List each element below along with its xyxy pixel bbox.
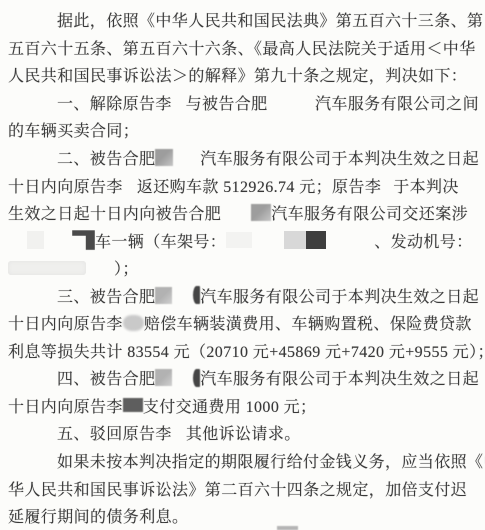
judgment-text: 如果未按本判决指定的期限履行给付金钱义务，应当依照《中 [57,449,485,472]
judgment-text: 汽车服务有限公司于本判决生效之日起 [200,366,479,389]
redaction-gray-box [251,204,271,221]
redaction-gray-box [155,287,171,304]
judgment-text: 延履行期间的债务利息。 [8,504,188,527]
judgment-text: 返还购车款 512926.74 元；原告李 [137,174,381,197]
judgment-text: 四、被告合肥 [57,366,155,389]
redacted-name-gap [326,240,374,241]
judgment-item3-line-2: 十日内向原告李 赔偿车辆装潢费用、车辆购置税、保险费贷款 [8,309,479,337]
redacted-name-gap [86,267,114,268]
judgment-text: 赔偿车辆装潢费用、车辆购置税、保险费贷款 [144,311,472,334]
redacted-name-gap [8,240,27,241]
redacted-name-gap [172,432,186,433]
judgment-item2-line-4: 车一辆（车架号： 、发动机号： [8,226,479,254]
judgment-text: 十日内向原告李 [8,311,123,334]
judgment-preamble-line-2: 五百六十五条、第五百六十六条、《最高人民法院关于适用＜中华 [8,34,479,62]
redaction-dark-box [123,398,143,412]
redacted-name-gap [221,212,251,213]
judgment-item2-line-2: 十日内向原告李 返还购车款 512926.74 元；原告李 于本判决 [8,171,479,199]
judgment-closing-line-2: 华人民共和国民事诉讼法》第二百六十四条之规定，加倍支付迟 [8,474,479,502]
redaction-blur-spot [123,315,144,331]
judgment-text: 、发动机号： [374,229,472,252]
judgment-text: 十日内向原告李 [8,394,123,417]
judgment-item4-line-1: 四、被告合肥 汽车服务有限公司于本判决生效之日起 [8,364,479,392]
judgment-text: 一、解除原告李 [57,91,172,114]
judgment-item1-line-2: 的车辆买卖合同； [8,116,479,144]
redacted-name-gap [172,102,186,103]
judgment-text: 车一辆（车架号： [95,229,226,252]
judgment-text: 人民共和国民事诉讼法＞的解释》第九十条之规定，判决如下： [8,63,467,86]
judgment-closing-line-3: 延履行期间的债务利息。 [8,502,479,530]
redacted-name-gap [44,240,72,241]
judgment-item2-line-5: ）； [8,254,479,282]
redaction-faint-blur-strip [8,261,86,275]
judgment-text: 三、被告合肥 [57,284,155,307]
judgment-text: 生效之日起十日内向被告合肥 [8,201,221,224]
judgment-text: 汽车服务有限公司之间 [315,91,479,114]
judgment-text: 于本判决 [393,174,459,197]
redaction-light-gray-box [284,231,306,249]
judgment-item1-line-1: 一、解除原告李 与被告合肥 汽车服务有限公司之间 [8,89,479,117]
redaction-faint-box [27,231,44,249]
redacted-name-gap [173,157,200,158]
redaction-dark-wedge [193,286,200,304]
judgment-item3-line-1: 三、被告合肥 汽车服务有限公司于本判决生效之日起 [8,281,479,309]
judgment-text: 华人民共和国民事诉讼法》第二百六十四条之规定，加倍支付迟 [8,477,467,500]
redacted-name-gap [123,185,137,186]
judgment-text: 汽车服务有限公司于本判决生效之日起 [200,146,479,169]
judgment-item2-line-3: 生效之日起十日内向被告合肥 汽车服务有限公司交还案涉 [8,199,479,227]
judgment-text: 利息等损失共计 83554 元（20710 元+45869 元+7420 元+9… [8,339,485,362]
judgment-text: 其他诉讼请求。 [186,421,301,444]
judgment-preamble-line-3: 人民共和国民事诉讼法＞的解释》第九十条之规定，判决如下： [8,61,479,89]
redaction-dark-box [306,231,326,249]
judgment-text: 五、驳回原告李 [57,421,172,444]
judgment-text: 汽车服务有限公司于本判决生效之日起 [200,284,479,307]
judgment-preamble-line-1: 据此，依照《中华人民共和国民法典》第五百六十三条、第 [8,6,479,34]
redaction-gray-box-partial [277,526,298,530]
judgment-text: 与被告合肥 [186,91,268,114]
judgment-text: 的车辆买卖合同； [8,118,139,141]
redaction-gray-box [155,149,173,166]
judgment-item3-line-3: 利息等损失共计 83554 元（20710 元+45869 元+7420 元+9… [8,337,479,365]
judgment-text: 二、被告合肥 [57,146,155,169]
judgment-item5-line-1: 五、驳回原告李 其他诉讼请求。 [8,419,479,447]
judgment-text: ）； [114,256,139,279]
judgment-closing-line-1: 如果未按本判决指定的期限履行给付金钱义务，应当依照《中 [8,447,479,475]
redaction-dark-wedge [193,369,200,387]
redaction-dark-wedge [72,230,95,250]
redacted-name-gap [252,240,284,241]
judgment-text: 十日内向原告李 [8,174,123,197]
redacted-name-gap [268,102,315,103]
judgment-item2-line-1: 二、被告合肥 汽车服务有限公司于本判决生效之日起 [8,144,479,172]
redacted-name-gap [172,377,194,378]
judgment-text: 支付交通费用 1000 元； [143,394,317,417]
redacted-name-gap [172,295,194,296]
judgment-text: 五百六十五条、第五百六十六条、《最高人民法院关于适用＜中华 [8,36,476,59]
court-judgment-document: 据此，依照《中华人民共和国民法典》第五百六十三条、第 五百六十五条、第五百六十六… [0,0,485,530]
redacted-name-gap [381,185,393,186]
redaction-faint-box [226,232,252,248]
judgment-text: 据此，依照《中华人民共和国民法典》第五百六十三条、第 [57,8,483,31]
redaction-gray-box [155,369,171,386]
judgment-item4-line-2: 十日内向原告李 支付交通费用 1000 元； [8,392,479,420]
judgment-text: 汽车服务有限公司交还案涉 [271,201,468,224]
